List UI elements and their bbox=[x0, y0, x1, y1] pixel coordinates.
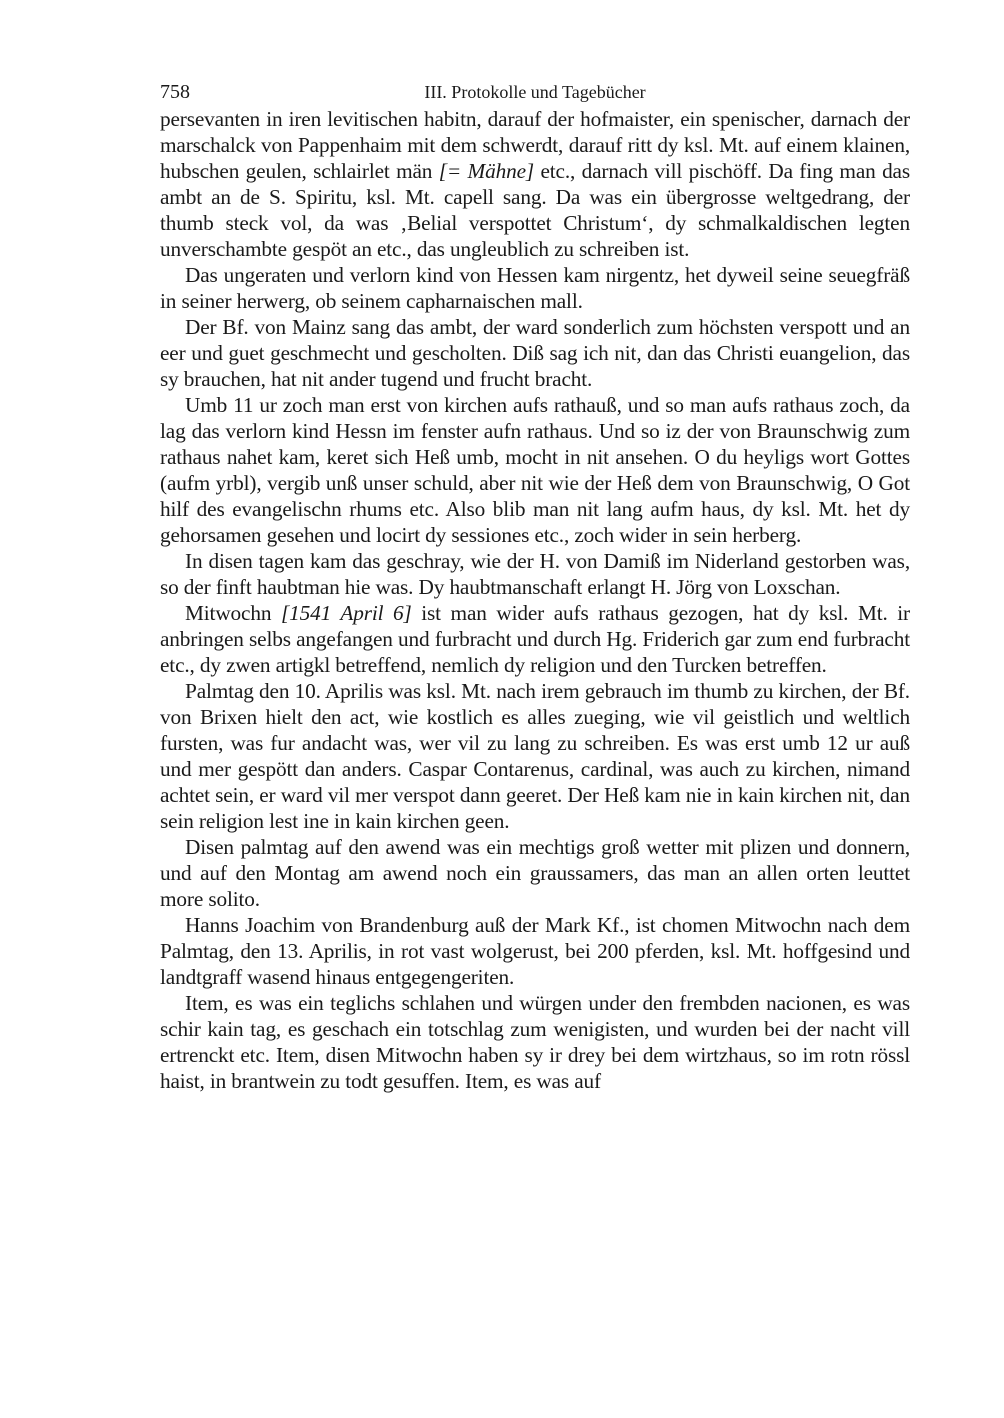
body-text: persevanten in iren levitischen habitn, … bbox=[160, 106, 910, 1094]
paragraph: Hanns Joachim von Brandenburg auß der Ma… bbox=[160, 912, 910, 990]
paragraph: Palmtag den 10. Aprilis was ksl. Mt. nac… bbox=[160, 678, 910, 834]
paragraph: Item, es was ein teglichs schlahen und w… bbox=[160, 990, 910, 1094]
paragraph: persevanten in iren levitischen habitn, … bbox=[160, 106, 910, 262]
editorial-note: [= Mähne] bbox=[439, 159, 534, 183]
running-title: III. Protokolle und Tagebücher bbox=[160, 78, 910, 106]
paragraph: Umb 11 ur zoch man erst von kirchen aufs… bbox=[160, 392, 910, 548]
paragraph: Mitwochn [1541 April 6] ist man wider au… bbox=[160, 600, 910, 678]
page-header: 758 III. Protokolle und Tagebücher bbox=[160, 78, 910, 106]
paragraph: Disen palmtag auf den awend was ein mech… bbox=[160, 834, 910, 912]
paragraph: Der Bf. von Mainz sang das ambt, der war… bbox=[160, 314, 910, 392]
document-page: 758 III. Protokolle und Tagebücher perse… bbox=[160, 78, 910, 1094]
paragraph: Das ungeraten und verlorn kind von Hesse… bbox=[160, 262, 910, 314]
editorial-date-note: [1541 April 6] bbox=[281, 601, 412, 625]
paragraph: In disen tagen kam das geschray, wie der… bbox=[160, 548, 910, 600]
